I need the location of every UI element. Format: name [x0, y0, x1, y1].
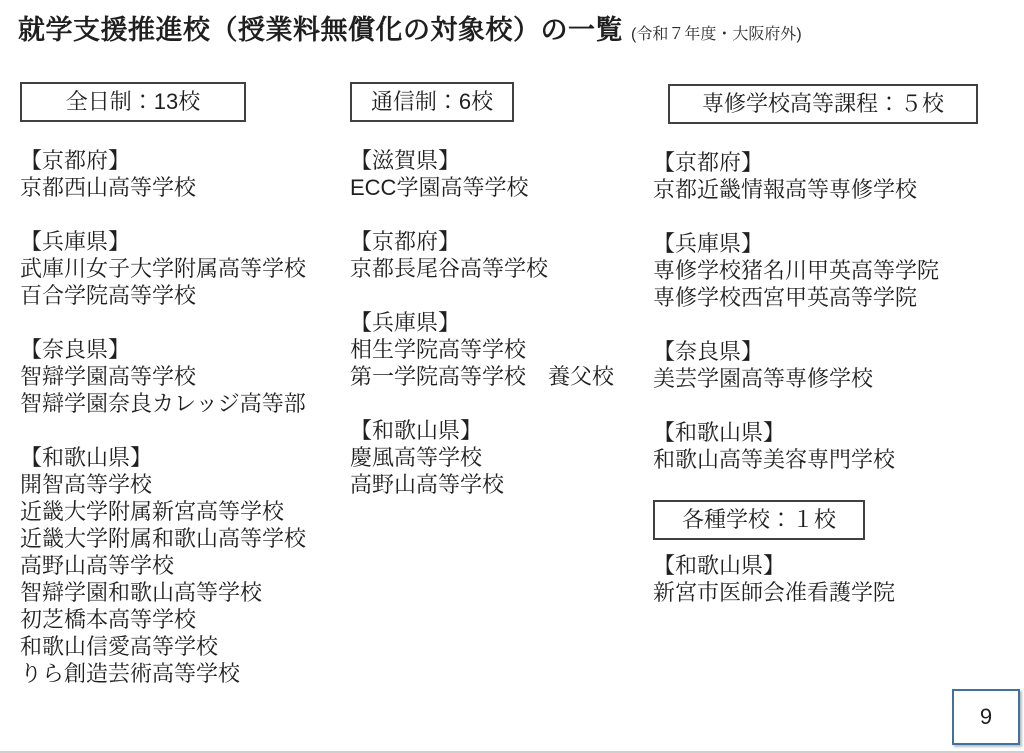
school-name: 開智高等学校	[20, 471, 352, 498]
prefecture-label: 【京都府】	[20, 147, 352, 174]
prefecture-section: 【和歌山県】開智高等学校近畿大学附属新宮高等学校近畿大学附属和歌山高等学校高野山…	[20, 444, 352, 687]
school-name: 百合学院高等学校	[20, 282, 352, 309]
school-name: 第一学院高等学校 養父校	[350, 363, 650, 390]
column-fulltime: 全日制：13校 【京都府】京都西山高等学校【兵庫県】武庫川女子大学附属高等学校百…	[20, 82, 352, 714]
school-name: 智辯学園高等学校	[20, 363, 352, 390]
prefecture-section: 【奈良県】美芸学園高等専修学校	[653, 338, 1018, 392]
school-name: 相生学院高等学校	[350, 336, 650, 363]
page-number: 9	[980, 704, 992, 729]
school-name: 智辯学園和歌山高等学校	[20, 579, 352, 606]
title-note: (令和７年度・大阪府外)	[631, 26, 802, 43]
prefecture-section: 【京都府】京都西山高等学校	[20, 147, 352, 201]
school-name: 京都近畿情報高等専修学校	[653, 176, 1018, 203]
school-name: 新宮市医師会准看護学院	[653, 579, 1018, 606]
prefecture-section: 【滋賀県】ECC学園高等学校	[350, 147, 650, 201]
fulltime-count-box: 全日制：13校	[20, 82, 246, 122]
school-name: 京都長尾谷高等学校	[350, 255, 650, 282]
prefecture-section: 【京都府】京都近畿情報高等専修学校	[653, 149, 1018, 203]
school-name: 和歌山信愛高等学校	[20, 633, 352, 660]
correspondence-count-box: 通信制：6校	[350, 82, 514, 122]
prefecture-section: 【和歌山県】新宮市医師会准看護学院	[653, 552, 1018, 606]
school-name: 高野山高等学校	[20, 552, 352, 579]
school-name: 近畿大学附属新宮高等学校	[20, 498, 352, 525]
school-name: 近畿大学附属和歌山高等学校	[20, 525, 352, 552]
specialized-count-box: 専修学校高等課程：５校	[668, 84, 978, 124]
title-text: 就学支援推進校（授業料無償化の対象校）の一覧	[18, 15, 623, 45]
prefecture-label: 【奈良県】	[20, 336, 352, 363]
prefecture-section: 【和歌山県】慶風高等学校高野山高等学校	[350, 417, 650, 498]
column-specialized: 専修学校高等課程：５校 【京都府】京都近畿情報高等専修学校【兵庫県】専修学校猪名…	[653, 82, 1018, 633]
school-name: 初芝橋本高等学校	[20, 606, 352, 633]
column-2-sections: 【滋賀県】ECC学園高等学校【京都府】京都長尾谷高等学校【兵庫県】相生学院高等学…	[350, 147, 650, 498]
school-name: 武庫川女子大学附属高等学校	[20, 255, 352, 282]
prefecture-section: 【奈良県】智辯学園高等学校智辯学園奈良カレッジ高等部	[20, 336, 352, 417]
prefecture-label: 【奈良県】	[653, 338, 1018, 365]
column-3-sections: 【京都府】京都近畿情報高等専修学校【兵庫県】専修学校猪名川甲英高等学院専修学校西…	[653, 149, 1018, 473]
prefecture-label: 【滋賀県】	[350, 147, 650, 174]
prefecture-section: 【兵庫県】武庫川女子大学附属高等学校百合学院高等学校	[20, 228, 352, 309]
column-1-sections: 【京都府】京都西山高等学校【兵庫県】武庫川女子大学附属高等学校百合学院高等学校【…	[20, 147, 352, 687]
school-name: 智辯学園奈良カレッジ高等部	[20, 390, 352, 417]
prefecture-label: 【京都府】	[653, 149, 1018, 176]
prefecture-label: 【和歌山県】	[653, 552, 1018, 579]
prefecture-section: 【兵庫県】専修学校猪名川甲英高等学院専修学校西宮甲英高等学院	[653, 230, 1018, 311]
misc-school-sections: 【和歌山県】新宮市医師会准看護学院	[653, 552, 1018, 606]
school-name: ECC学園高等学校	[350, 174, 650, 201]
prefecture-section: 【兵庫県】相生学院高等学校第一学院高等学校 養父校	[350, 309, 650, 390]
prefecture-section: 【和歌山県】和歌山高等美容専門学校	[653, 419, 1018, 473]
school-name: りら創造芸術高等学校	[20, 660, 352, 687]
prefecture-label: 【京都府】	[350, 228, 650, 255]
prefecture-label: 【兵庫県】	[350, 309, 650, 336]
misc-schools-count-box: 各種学校：１校	[653, 500, 865, 540]
school-name: 専修学校猪名川甲英高等学院	[653, 257, 1018, 284]
school-name: 美芸学園高等専修学校	[653, 365, 1018, 392]
school-name: 高野山高等学校	[350, 471, 650, 498]
school-name: 慶風高等学校	[350, 444, 650, 471]
prefecture-label: 【和歌山県】	[20, 444, 352, 471]
prefecture-label: 【和歌山県】	[350, 417, 650, 444]
page-title: 就学支援推進校（授業料無償化の対象校）の一覧(令和７年度・大阪府外)	[18, 8, 802, 47]
prefecture-section: 【京都府】京都長尾谷高等学校	[350, 228, 650, 282]
prefecture-label: 【和歌山県】	[653, 419, 1018, 446]
school-name: 京都西山高等学校	[20, 174, 352, 201]
page-number-box: 9	[952, 689, 1020, 745]
column-correspondence: 通信制：6校 【滋賀県】ECC学園高等学校【京都府】京都長尾谷高等学校【兵庫県】…	[350, 82, 650, 525]
prefecture-label: 【兵庫県】	[20, 228, 352, 255]
school-name: 専修学校西宮甲英高等学院	[653, 284, 1018, 311]
slide: 就学支援推進校（授業料無償化の対象校）の一覧(令和７年度・大阪府外) 全日制：1…	[0, 0, 1024, 753]
prefecture-label: 【兵庫県】	[653, 230, 1018, 257]
school-name: 和歌山高等美容専門学校	[653, 446, 1018, 473]
